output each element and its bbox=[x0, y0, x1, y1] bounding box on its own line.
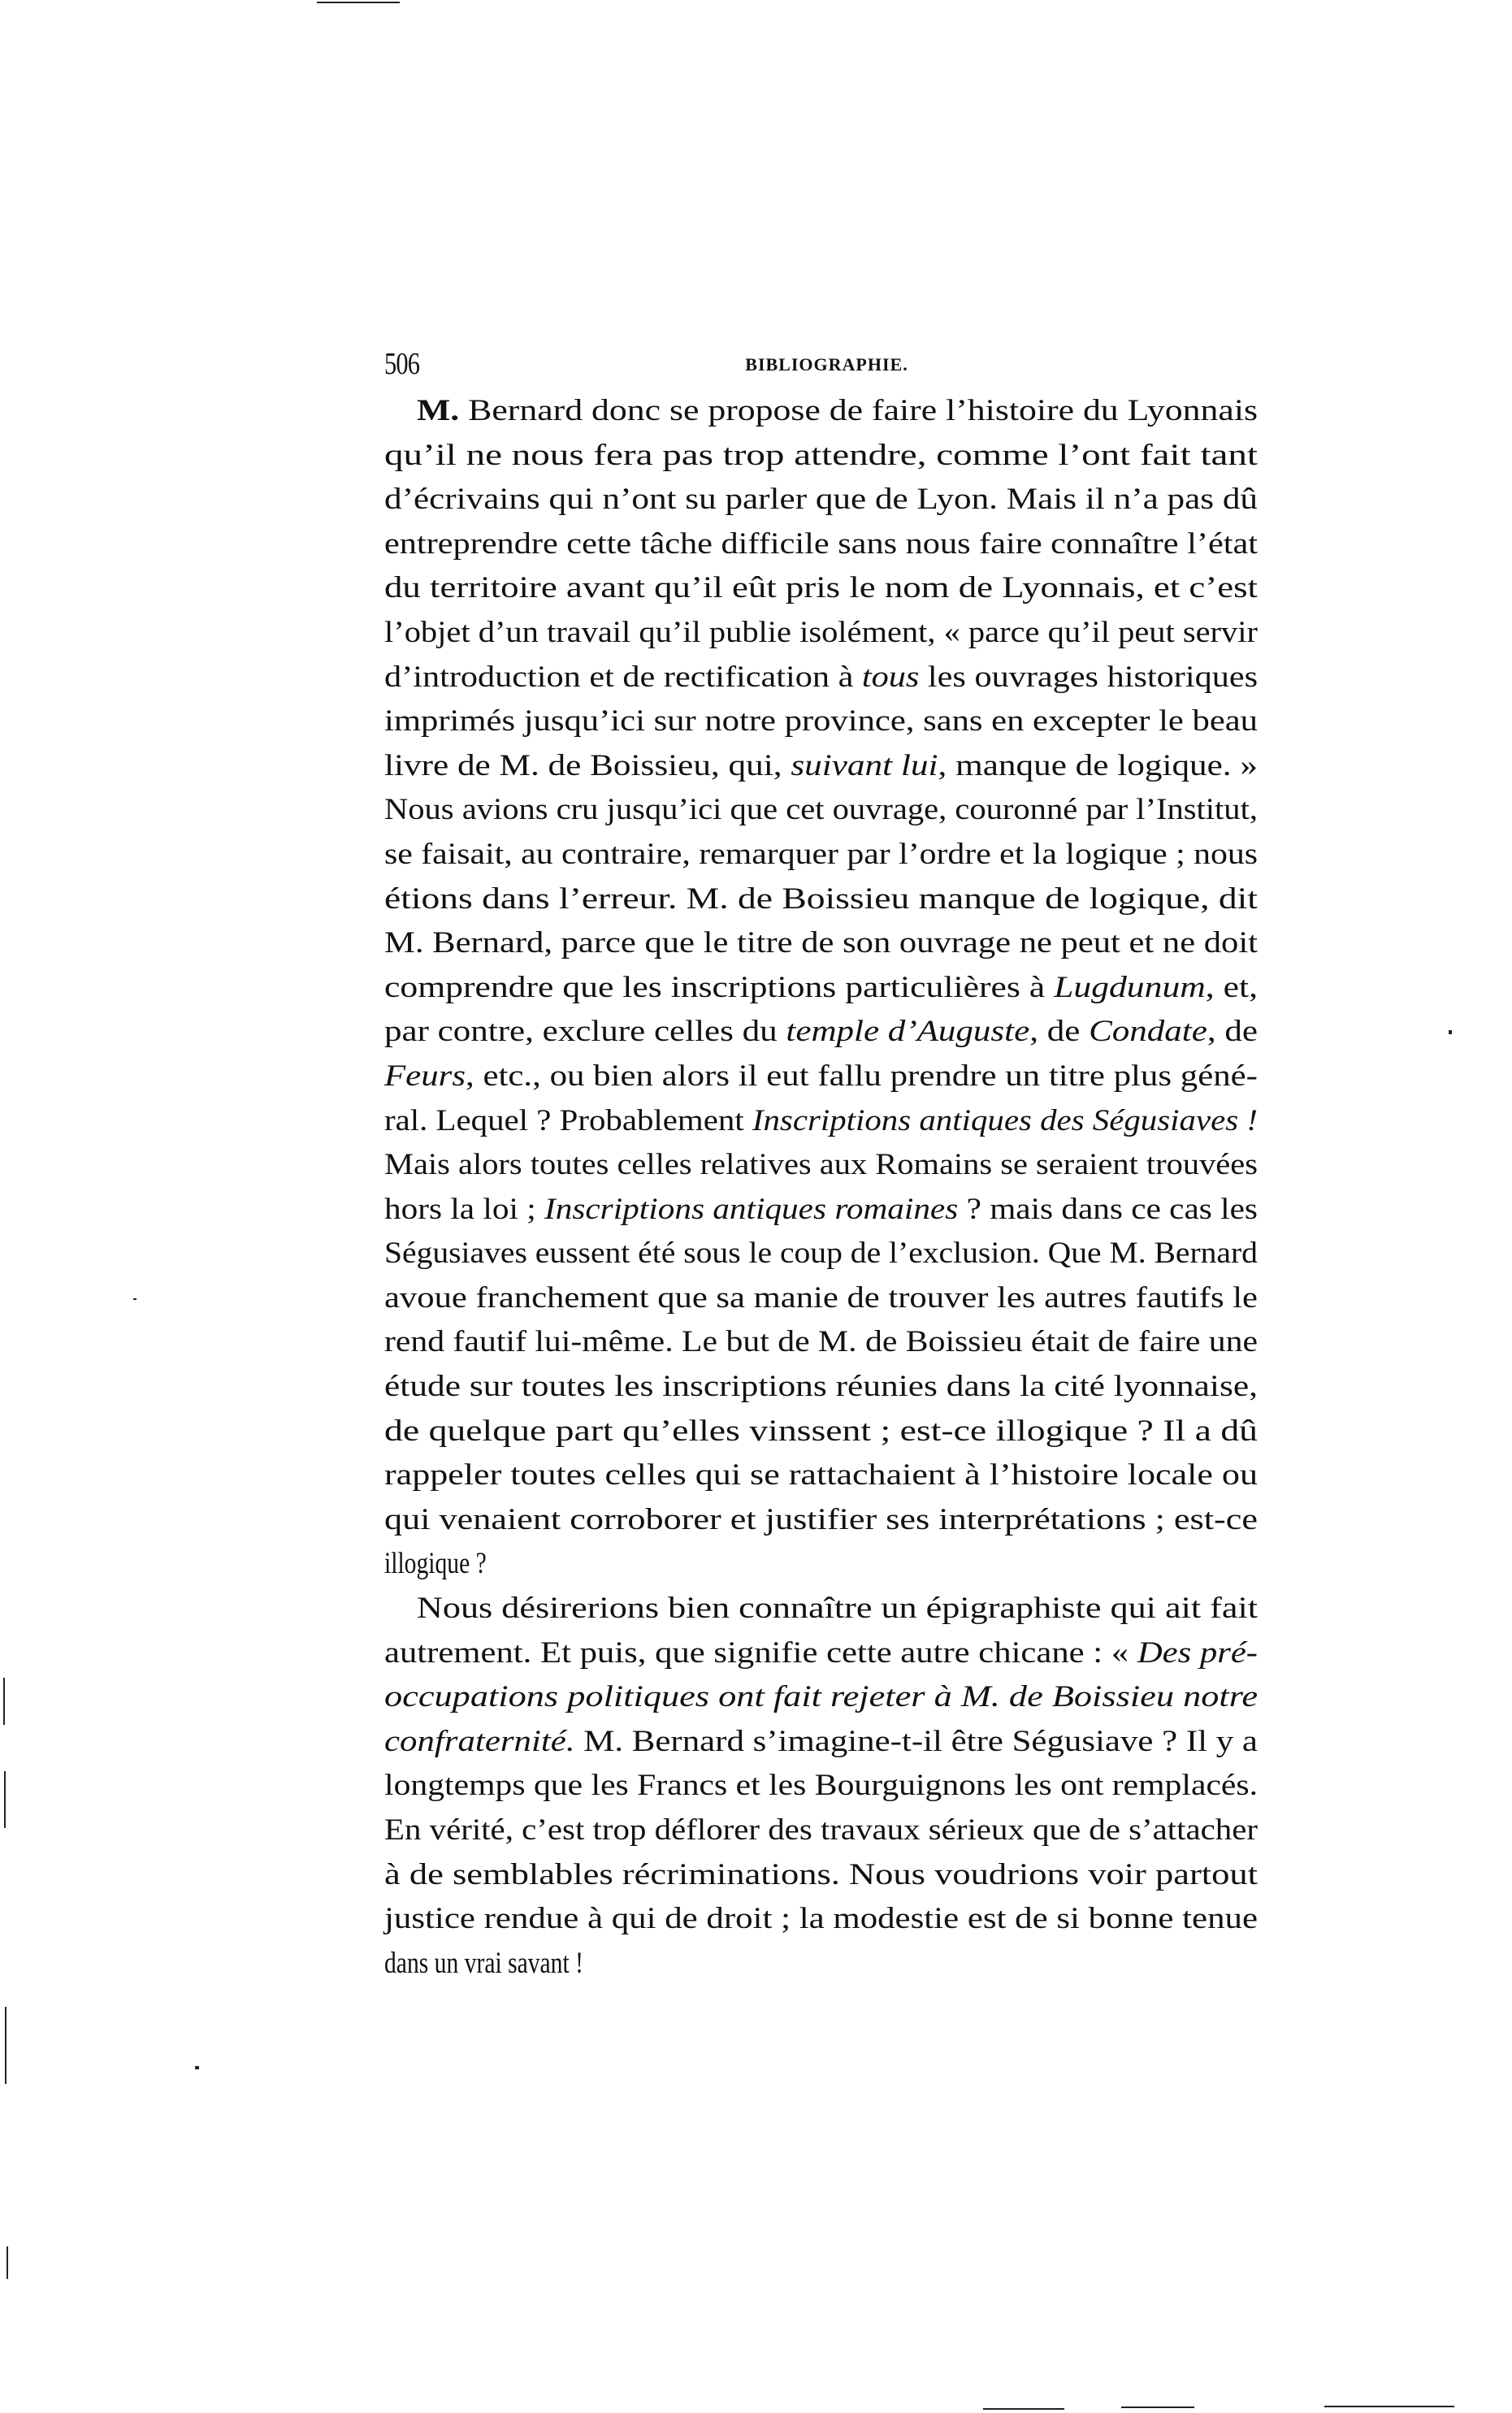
text-run: autrement. Et puis, que signifie cette a… bbox=[384, 1636, 1137, 1670]
text-line: étions dans l’erreur. M. de Boissieu man… bbox=[384, 877, 1258, 922]
text-line-content: justice rendue à qui de droit ; la modes… bbox=[384, 1897, 1258, 1942]
text-line-content: avoue franchement que sa manie de trouve… bbox=[384, 1276, 1258, 1321]
scan-dot bbox=[1449, 1030, 1452, 1034]
text-line-content: M. Bernard, parce que le titre de son ou… bbox=[384, 921, 1258, 966]
italic-text: occupations politiques ont fait rejeter … bbox=[384, 1680, 1258, 1713]
text-run: Bernard donc se propose de faire l’histo… bbox=[459, 394, 1258, 427]
text-line: longtemps que les Francs et les Bourguig… bbox=[384, 1764, 1258, 1809]
text-line-content: illogique ? bbox=[384, 1542, 487, 1587]
scan-mark-top bbox=[317, 2, 400, 3]
text-line: du territoire avant qu’il eût pris le no… bbox=[384, 566, 1258, 611]
running-title: BIBLIOGRAPHIE. bbox=[384, 353, 1258, 377]
text-line-content: à de semblables récriminations. Nous vou… bbox=[384, 1853, 1258, 1898]
scan-mark-left bbox=[3, 1678, 5, 1725]
italic-text: Des pré- bbox=[1137, 1636, 1258, 1670]
scan-mark-bottom bbox=[983, 2408, 1064, 2410]
text-line: étude sur toutes les inscriptions réunie… bbox=[384, 1365, 1258, 1410]
text-line-content: du territoire avant qu’il eût pris le no… bbox=[384, 566, 1258, 611]
bold-text: M. bbox=[417, 394, 459, 427]
text-line: entreprendre cette tâche difficile sans … bbox=[384, 522, 1258, 567]
italic-text: confraternité. bbox=[384, 1725, 575, 1758]
text-run: longtemps que les Francs et les Bourguig… bbox=[384, 1769, 1258, 1802]
text-run: , de bbox=[1029, 1015, 1089, 1048]
text-line-content: qui venaient corroborer et justifier ses… bbox=[384, 1498, 1258, 1543]
running-head: 506 BIBLIOGRAPHIE. bbox=[384, 348, 1258, 380]
paragraph: Nous désirerions bien connaître un épigr… bbox=[384, 1587, 1258, 1986]
text-line-content: autrement. Et puis, que signifie cette a… bbox=[384, 1631, 1258, 1676]
text-run: , de bbox=[1207, 1015, 1258, 1048]
text-line: l’objet d’un travail qu’il publie isolém… bbox=[384, 611, 1258, 656]
text-run: d’écrivains qui n’ont su parler que de L… bbox=[384, 483, 1258, 516]
text-line: hors la loi ; Inscriptions antiques roma… bbox=[384, 1188, 1258, 1232]
text-run: l’objet d’un travail qu’il publie isolém… bbox=[384, 616, 1258, 649]
text-line: rend fautif lui-même. Le but de M. de Bo… bbox=[384, 1320, 1258, 1365]
text-line-content: Nous avions cru jusqu’ici que cet ouvrag… bbox=[384, 788, 1258, 833]
text-line-content: ral. Lequel ? Probablement Inscriptions … bbox=[384, 1099, 1258, 1144]
text-line: occupations politiques ont fait rejeter … bbox=[384, 1675, 1258, 1720]
text-run: , et, bbox=[1206, 971, 1258, 1004]
italic-text: Inscriptions antiques des Ségusiaves ! bbox=[752, 1104, 1258, 1137]
text-line-content: entreprendre cette tâche difficile sans … bbox=[384, 522, 1258, 567]
text-line-content: longtemps que les Francs et les Bourguig… bbox=[384, 1764, 1258, 1809]
text-line: M. Bernard donc se propose de faire l’hi… bbox=[384, 389, 1258, 434]
text-run: de quelque part qu’elles vinssent ; est-… bbox=[384, 1414, 1258, 1448]
text-run: hors la loi ; bbox=[384, 1193, 544, 1226]
text-line: Feurs, etc., ou bien alors il eut fallu … bbox=[384, 1055, 1258, 1099]
text-run: du territoire avant qu’il eût pris le no… bbox=[384, 571, 1258, 604]
text-line-content: occupations politiques ont fait rejeter … bbox=[384, 1675, 1258, 1720]
text-run: d’introduction et de rectification à bbox=[384, 661, 862, 694]
text-line-content: de quelque part qu’elles vinssent ; est-… bbox=[384, 1410, 1258, 1454]
text-run: dans un vrai savant ! bbox=[384, 1947, 583, 1980]
text-line: d’introduction et de rectification à tou… bbox=[384, 656, 1258, 700]
text-line: Mais alors toutes celles relatives aux R… bbox=[384, 1143, 1258, 1188]
text-line: de quelque part qu’elles vinssent ; est-… bbox=[384, 1410, 1258, 1454]
italic-text: tous bbox=[862, 661, 919, 694]
scan-mark-left bbox=[4, 1771, 6, 1828]
text-run: étude sur toutes les inscriptions réunie… bbox=[384, 1370, 1258, 1403]
scanned-page: 506 BIBLIOGRAPHIE. M. Bernard donc se pr… bbox=[0, 0, 1512, 2413]
text-line-content: par contre, exclure celles du temple d’A… bbox=[384, 1010, 1258, 1055]
scan-mark-bottom bbox=[1324, 2406, 1454, 2407]
text-run: rappeler toutes celles qui se rattachaie… bbox=[384, 1458, 1258, 1492]
text-line-content: hors la loi ; Inscriptions antiques roma… bbox=[384, 1188, 1258, 1232]
text-line: avoue franchement que sa manie de trouve… bbox=[384, 1276, 1258, 1321]
text-line: à de semblables récriminations. Nous vou… bbox=[384, 1853, 1258, 1898]
text-line: comprendre que les inscriptions particul… bbox=[384, 966, 1258, 1011]
text-line: confraternité. M. Bernard s’imagine-t-il… bbox=[384, 1720, 1258, 1765]
body-text: M. Bernard donc se propose de faire l’hi… bbox=[384, 389, 1258, 1986]
text-run: Ségusiaves eussent été sous le coup de l… bbox=[384, 1237, 1258, 1270]
text-run: les ouvrages historiques bbox=[919, 661, 1258, 694]
text-run: imprimés jusqu’ici sur notre province, s… bbox=[384, 704, 1258, 738]
text-run: ? mais dans ce cas les bbox=[958, 1193, 1258, 1226]
text-line-content: étions dans l’erreur. M. de Boissieu man… bbox=[384, 877, 1258, 922]
paragraph: M. Bernard donc se propose de faire l’hi… bbox=[384, 389, 1258, 1587]
text-line-content: comprendre que les inscriptions particul… bbox=[384, 966, 1258, 1011]
text-run: avoue franchement que sa manie de trouve… bbox=[384, 1281, 1258, 1315]
text-line: illogique ? bbox=[384, 1542, 1258, 1587]
text-run: se faisait, au contraire, remarquer par … bbox=[384, 838, 1258, 871]
text-line: ral. Lequel ? Probablement Inscriptions … bbox=[384, 1099, 1258, 1144]
text-line: Ségusiaves eussent été sous le coup de l… bbox=[384, 1232, 1258, 1276]
text-line: rappeler toutes celles qui se rattachaie… bbox=[384, 1453, 1258, 1498]
text-line-content: Nous désirerions bien connaître un épigr… bbox=[417, 1587, 1258, 1631]
text-run: , manque de logique. » bbox=[938, 749, 1258, 782]
text-line-content: dans un vrai savant ! bbox=[384, 1942, 583, 1986]
text-run: Mais alors toutes celles relatives aux R… bbox=[384, 1148, 1258, 1181]
text-line-content: M. Bernard donc se propose de faire l’hi… bbox=[417, 389, 1258, 434]
text-line: d’écrivains qui n’ont su parler que de L… bbox=[384, 478, 1258, 522]
text-run: En vérité, c’est trop déflorer des trava… bbox=[384, 1813, 1258, 1847]
italic-text: suivant lui bbox=[791, 749, 938, 782]
text-line-content: imprimés jusqu’ici sur notre province, s… bbox=[384, 700, 1258, 744]
scan-dot bbox=[195, 2066, 199, 2069]
text-line-content: Ségusiaves eussent été sous le coup de l… bbox=[384, 1232, 1258, 1276]
text-run: entreprendre cette tâche difficile sans … bbox=[384, 527, 1258, 561]
scan-dot bbox=[133, 1298, 136, 1300]
text-line: imprimés jusqu’ici sur notre province, s… bbox=[384, 700, 1258, 744]
text-run: illogique ? bbox=[384, 1547, 487, 1580]
text-run: qui venaient corroborer et justifier ses… bbox=[384, 1503, 1258, 1536]
text-line: qui venaient corroborer et justifier ses… bbox=[384, 1498, 1258, 1543]
text-run: par contre, exclure celles du bbox=[384, 1015, 786, 1048]
text-line: dans un vrai savant ! bbox=[384, 1942, 1258, 1986]
text-run: étions dans l’erreur. M. de Boissieu man… bbox=[384, 882, 1258, 916]
text-run: comprendre que les inscriptions particul… bbox=[384, 971, 1054, 1004]
text-line-content: livre de M. de Boissieu, qui, suivant lu… bbox=[384, 744, 1258, 789]
text-line: En vérité, c’est trop déflorer des trava… bbox=[384, 1809, 1258, 1853]
text-line: se faisait, au contraire, remarquer par … bbox=[384, 833, 1258, 877]
italic-text: Condate bbox=[1089, 1015, 1207, 1048]
text-line-content: En vérité, c’est trop déflorer des trava… bbox=[384, 1809, 1258, 1853]
text-line-content: l’objet d’un travail qu’il publie isolém… bbox=[384, 611, 1258, 656]
text-line: autrement. Et puis, que signifie cette a… bbox=[384, 1631, 1258, 1676]
italic-text: Feurs bbox=[384, 1059, 466, 1093]
text-line: par contre, exclure celles du temple d’A… bbox=[384, 1010, 1258, 1055]
text-line: qu’il ne nous fera pas trop attendre, co… bbox=[384, 434, 1258, 479]
text-line: Nous désirerions bien connaître un épigr… bbox=[384, 1587, 1258, 1631]
text-run: Nous avions cru jusqu’ici que cet ouvrag… bbox=[384, 793, 1258, 826]
text-line: M. Bernard, parce que le titre de son ou… bbox=[384, 921, 1258, 966]
scan-mark-left bbox=[5, 2007, 6, 2084]
text-line: Nous avions cru jusqu’ici que cet ouvrag… bbox=[384, 788, 1258, 833]
text-line: justice rendue à qui de droit ; la modes… bbox=[384, 1897, 1258, 1942]
text-line-content: Feurs, etc., ou bien alors il eut fallu … bbox=[384, 1055, 1258, 1099]
text-line-content: d’écrivains qui n’ont su parler que de L… bbox=[384, 478, 1258, 522]
text-run: ral. Lequel ? Probablement bbox=[384, 1104, 752, 1137]
text-line-content: étude sur toutes les inscriptions réunie… bbox=[384, 1365, 1258, 1410]
text-run: livre de M. de Boissieu, qui, bbox=[384, 749, 791, 782]
text-run: Nous désirerions bien connaître un épigr… bbox=[417, 1592, 1258, 1625]
text-run: M. Bernard s’imagine-t-il être Ségusiave… bbox=[575, 1725, 1258, 1758]
text-run: à de semblables récriminations. Nous vou… bbox=[384, 1858, 1258, 1891]
scan-mark-bottom bbox=[1121, 2407, 1194, 2408]
text-line-content: d’introduction et de rectification à tou… bbox=[384, 656, 1258, 700]
text-line-content: qu’il ne nous fera pas trop attendre, co… bbox=[384, 434, 1258, 479]
text-line-content: rend fautif lui-même. Le but de M. de Bo… bbox=[384, 1320, 1258, 1365]
text-line-content: se faisait, au contraire, remarquer par … bbox=[384, 833, 1258, 877]
text-run: , etc., ou bien alors il eut fallu prend… bbox=[466, 1059, 1258, 1093]
italic-text: Inscriptions antiques romaines bbox=[544, 1193, 958, 1226]
italic-text: temple d’Auguste bbox=[786, 1015, 1029, 1048]
text-run: M. Bernard, parce que le titre de son ou… bbox=[384, 926, 1258, 960]
text-line-content: rappeler toutes celles qui se rattachaie… bbox=[384, 1453, 1258, 1498]
scan-mark-left bbox=[6, 2246, 8, 2279]
text-run: rend fautif lui-même. Le but de M. de Bo… bbox=[384, 1325, 1258, 1358]
text-run: justice rendue à qui de droit ; la modes… bbox=[384, 1902, 1258, 1935]
text-line-content: confraternité. M. Bernard s’imagine-t-il… bbox=[384, 1720, 1258, 1765]
text-line: livre de M. de Boissieu, qui, suivant lu… bbox=[384, 744, 1258, 789]
italic-text: Lugdunum bbox=[1054, 971, 1206, 1004]
text-line-content: Mais alors toutes celles relatives aux R… bbox=[384, 1143, 1258, 1188]
text-run: qu’il ne nous fera pas trop attendre, co… bbox=[384, 439, 1258, 472]
